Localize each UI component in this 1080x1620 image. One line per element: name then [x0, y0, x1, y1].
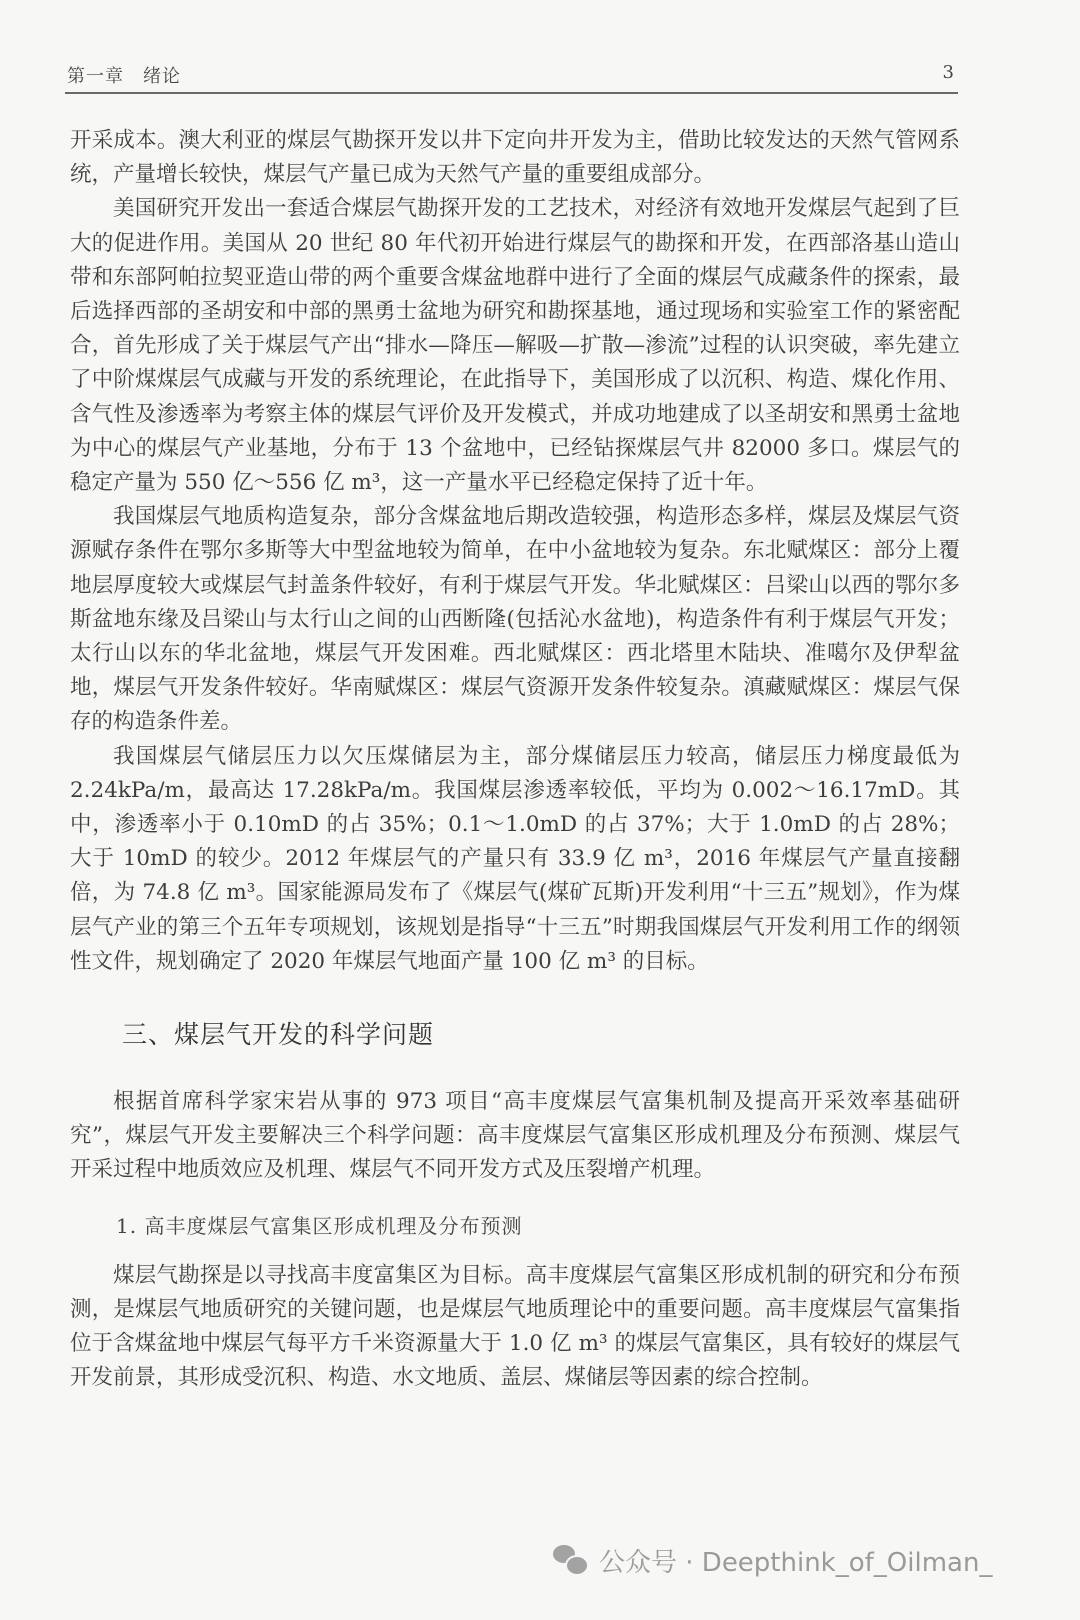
- subsection-heading: 1. 高丰度煤层气富集区形成机理及分布预测: [116, 1210, 960, 1239]
- page-header: 第一章 绪论 3: [65, 58, 958, 94]
- paragraph: 美国研究开发出一套适合煤层气勘探开发的工艺技术，对经济有效地开发煤层气起到了巨大…: [70, 192, 960, 500]
- wechat-icon: [553, 1545, 589, 1575]
- paragraph: 开采成本。澳大利亚的煤层气勘探开发以井下定向井开发为主，借助比较发达的天然气管网…: [70, 124, 960, 192]
- page-number: 3: [943, 62, 954, 83]
- section-heading: 三、煤层气开发的科学问题: [122, 1015, 960, 1051]
- section-intro: 根据首席科学家宋岩从事的 973 项目“高丰度煤层气富集机制及提高开采效率基础研…: [70, 1085, 960, 1188]
- subsection-paragraph: 煤层气勘探是以寻找高丰度富集区为目标。高丰度煤层气富集区形成机制的研究和分布预测…: [70, 1259, 960, 1396]
- chapter-title: 第一章 绪论: [67, 62, 181, 88]
- watermark: 公众号 · Deepthink_of_Oilman_: [553, 1540, 992, 1580]
- watermark-text: 公众号 · Deepthink_of_Oilman_: [599, 1542, 992, 1579]
- page-body: 开采成本。澳大利亚的煤层气勘探开发以井下定向井开发为主，借助比较发达的天然气管网…: [70, 124, 960, 1396]
- paragraph: 我国煤层气地质构造复杂，部分含煤盆地后期改造较强，构造形态多样，煤层及煤层气资源…: [70, 500, 960, 739]
- paragraph: 我国煤层气储层压力以欠压煤储层为主，部分煤储层压力较高，储层压力梯度最低为 2.…: [70, 740, 960, 979]
